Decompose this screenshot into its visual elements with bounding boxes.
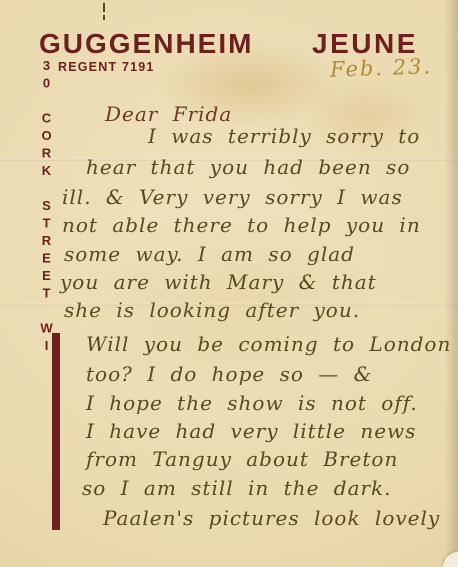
letter-line: I hope the show is not off. xyxy=(86,393,418,413)
letter-salutation: Dear Frida xyxy=(105,104,232,124)
letter-line: you are with Mary & that xyxy=(60,272,377,292)
letter-line: I have had very little news xyxy=(86,421,416,441)
letter-paper: GUGGENHEIM JEUNE REGENT 7191 30 CORK STR… xyxy=(0,0,458,567)
letter-line: so I am still in the dark. xyxy=(82,478,392,498)
letter-line: from Tanguy about Breton xyxy=(86,449,398,469)
letter-line: Will you be coming to London xyxy=(86,334,451,354)
letter-line: Paalen's pictures look lovely xyxy=(103,508,440,528)
scan-edge-shadow xyxy=(445,0,458,567)
letterhead-gallery-name-left: GUGGENHEIM xyxy=(39,30,253,58)
pen-mark-icon xyxy=(103,15,105,20)
letterhead-vertical-address: 30 CORK STREET WI xyxy=(40,58,53,356)
handwritten-date: Feb. 23. xyxy=(330,54,433,82)
letter-line: hear that you had been so xyxy=(86,157,410,177)
pen-mark-icon xyxy=(103,3,105,12)
letter-line: some way. I am so glad xyxy=(64,244,355,264)
letter-line: ill. & Very very sorry I was xyxy=(62,187,403,207)
letter-line: I was terribly sorry to xyxy=(148,126,420,146)
letter-line: she is looking after you. xyxy=(64,300,360,320)
letterhead-phone: REGENT 7191 xyxy=(58,61,155,74)
letterhead-rule-bar xyxy=(52,333,60,530)
letter-line: not able there to help you in xyxy=(62,215,421,235)
letterhead-gallery-name-right: JEUNE xyxy=(312,30,418,58)
letter-line: too? I do hope so — & xyxy=(86,364,372,384)
